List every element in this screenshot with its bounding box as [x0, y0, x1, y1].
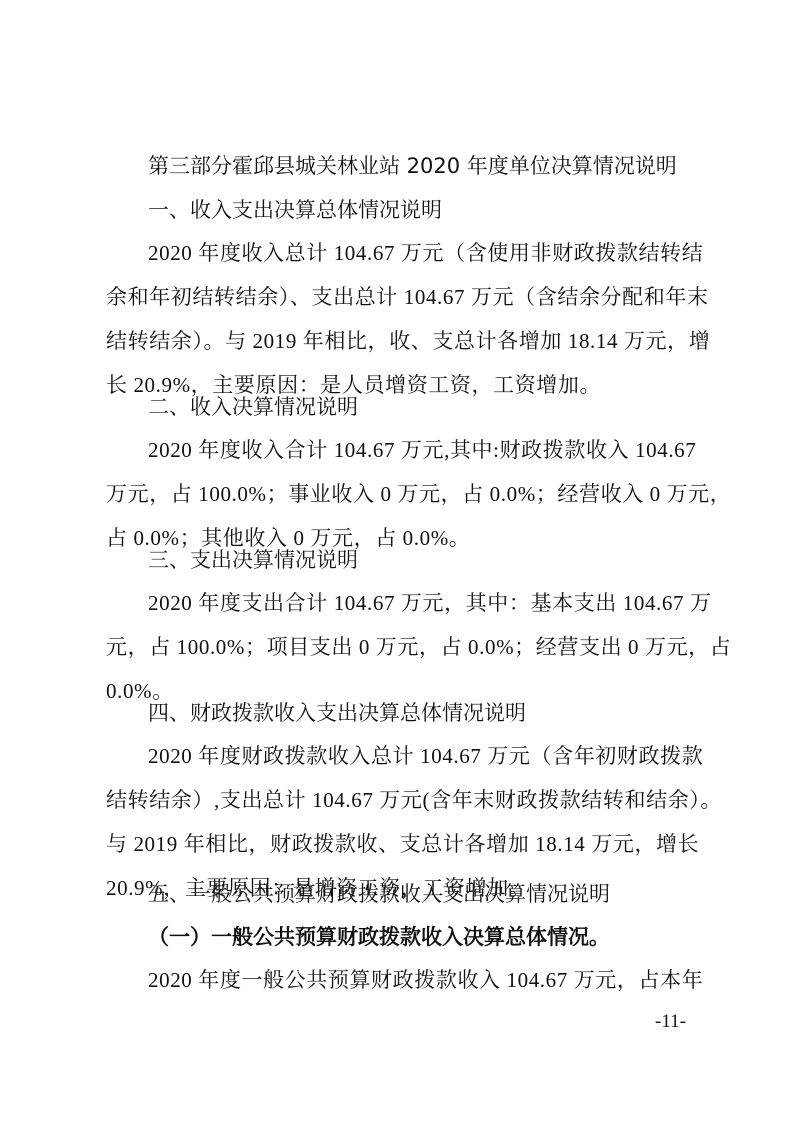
paragraph-line: 占 0.0%；其他收入 0 万元，占 0.0%。: [106, 526, 470, 550]
paragraph-line: 元，占 100.0%；项目支出 0 万元，占 0.0%；经营支出 0 万元，占: [106, 635, 731, 659]
paragraph-line: 0.0%。: [106, 679, 174, 703]
paragraph-line: 结转结余）。与 2019 年相比，收、支总计各增加 18.14 万元，增: [106, 329, 710, 353]
section-heading-4: 四、财政拨款收入支出决算总体情况说明: [148, 701, 526, 725]
section-heading-5: 五、一般公共预算财政拨款收入支出决算情况说明: [148, 882, 610, 906]
paragraph-line: 2020 年度一般公共预算财政拨款收入 104.67 万元，占本年: [148, 968, 703, 992]
paragraph-line: 结转结余）,支出总计 104.67 万元(含年末财政拨款结转和结余）。: [106, 788, 722, 812]
paragraph-line: 2020 年度收入总计 104.67 万元（含使用非财政拨款结转结: [148, 241, 703, 265]
paragraph-line: 与 2019 年相比，财政拨款收、支总计各增加 18.14 万元，增长: [106, 832, 699, 856]
paragraph-line: 2020 年度收入合计 104.67 万元,其中:财政拨款收入 104.67: [148, 438, 696, 462]
paragraph-line: 万元，占 100.0%；事业收入 0 万元，占 0.0%；经营收入 0 万元，: [106, 482, 731, 506]
document-title: 第三部分霍邱县城关林业站 2020 年度单位决算情况说明: [148, 154, 677, 178]
section-heading-3: 三、支出决算情况说明: [148, 548, 358, 572]
section-heading-2: 二、收入决算情况说明: [148, 395, 358, 419]
paragraph-line: 2020 年度支出合计 104.67 万元，其中：基本支出 104.67 万: [148, 591, 712, 615]
paragraph-line: 余和年初结转结余）、支出总计 104.67 万元（含结余分配和年末: [106, 285, 709, 309]
page-number: -11-: [655, 1010, 686, 1034]
paragraph-line: 2020 年度财政拨款收入总计 104.67 万元（含年初财政拨款: [148, 744, 703, 768]
section-heading-1: 一、收入支出决算总体情况说明: [148, 198, 442, 222]
paragraph-line: 长 20.9%，主要原因：是人员增资工资，工资增加。: [106, 373, 601, 397]
document-page: 第三部分霍邱县城关林业站 2020 年度单位决算情况说明 一、收入支出决算总体情…: [0, 0, 793, 1122]
subsection-heading: （一）一般公共预算财政拨款收入决算总体情况。: [148, 925, 610, 949]
